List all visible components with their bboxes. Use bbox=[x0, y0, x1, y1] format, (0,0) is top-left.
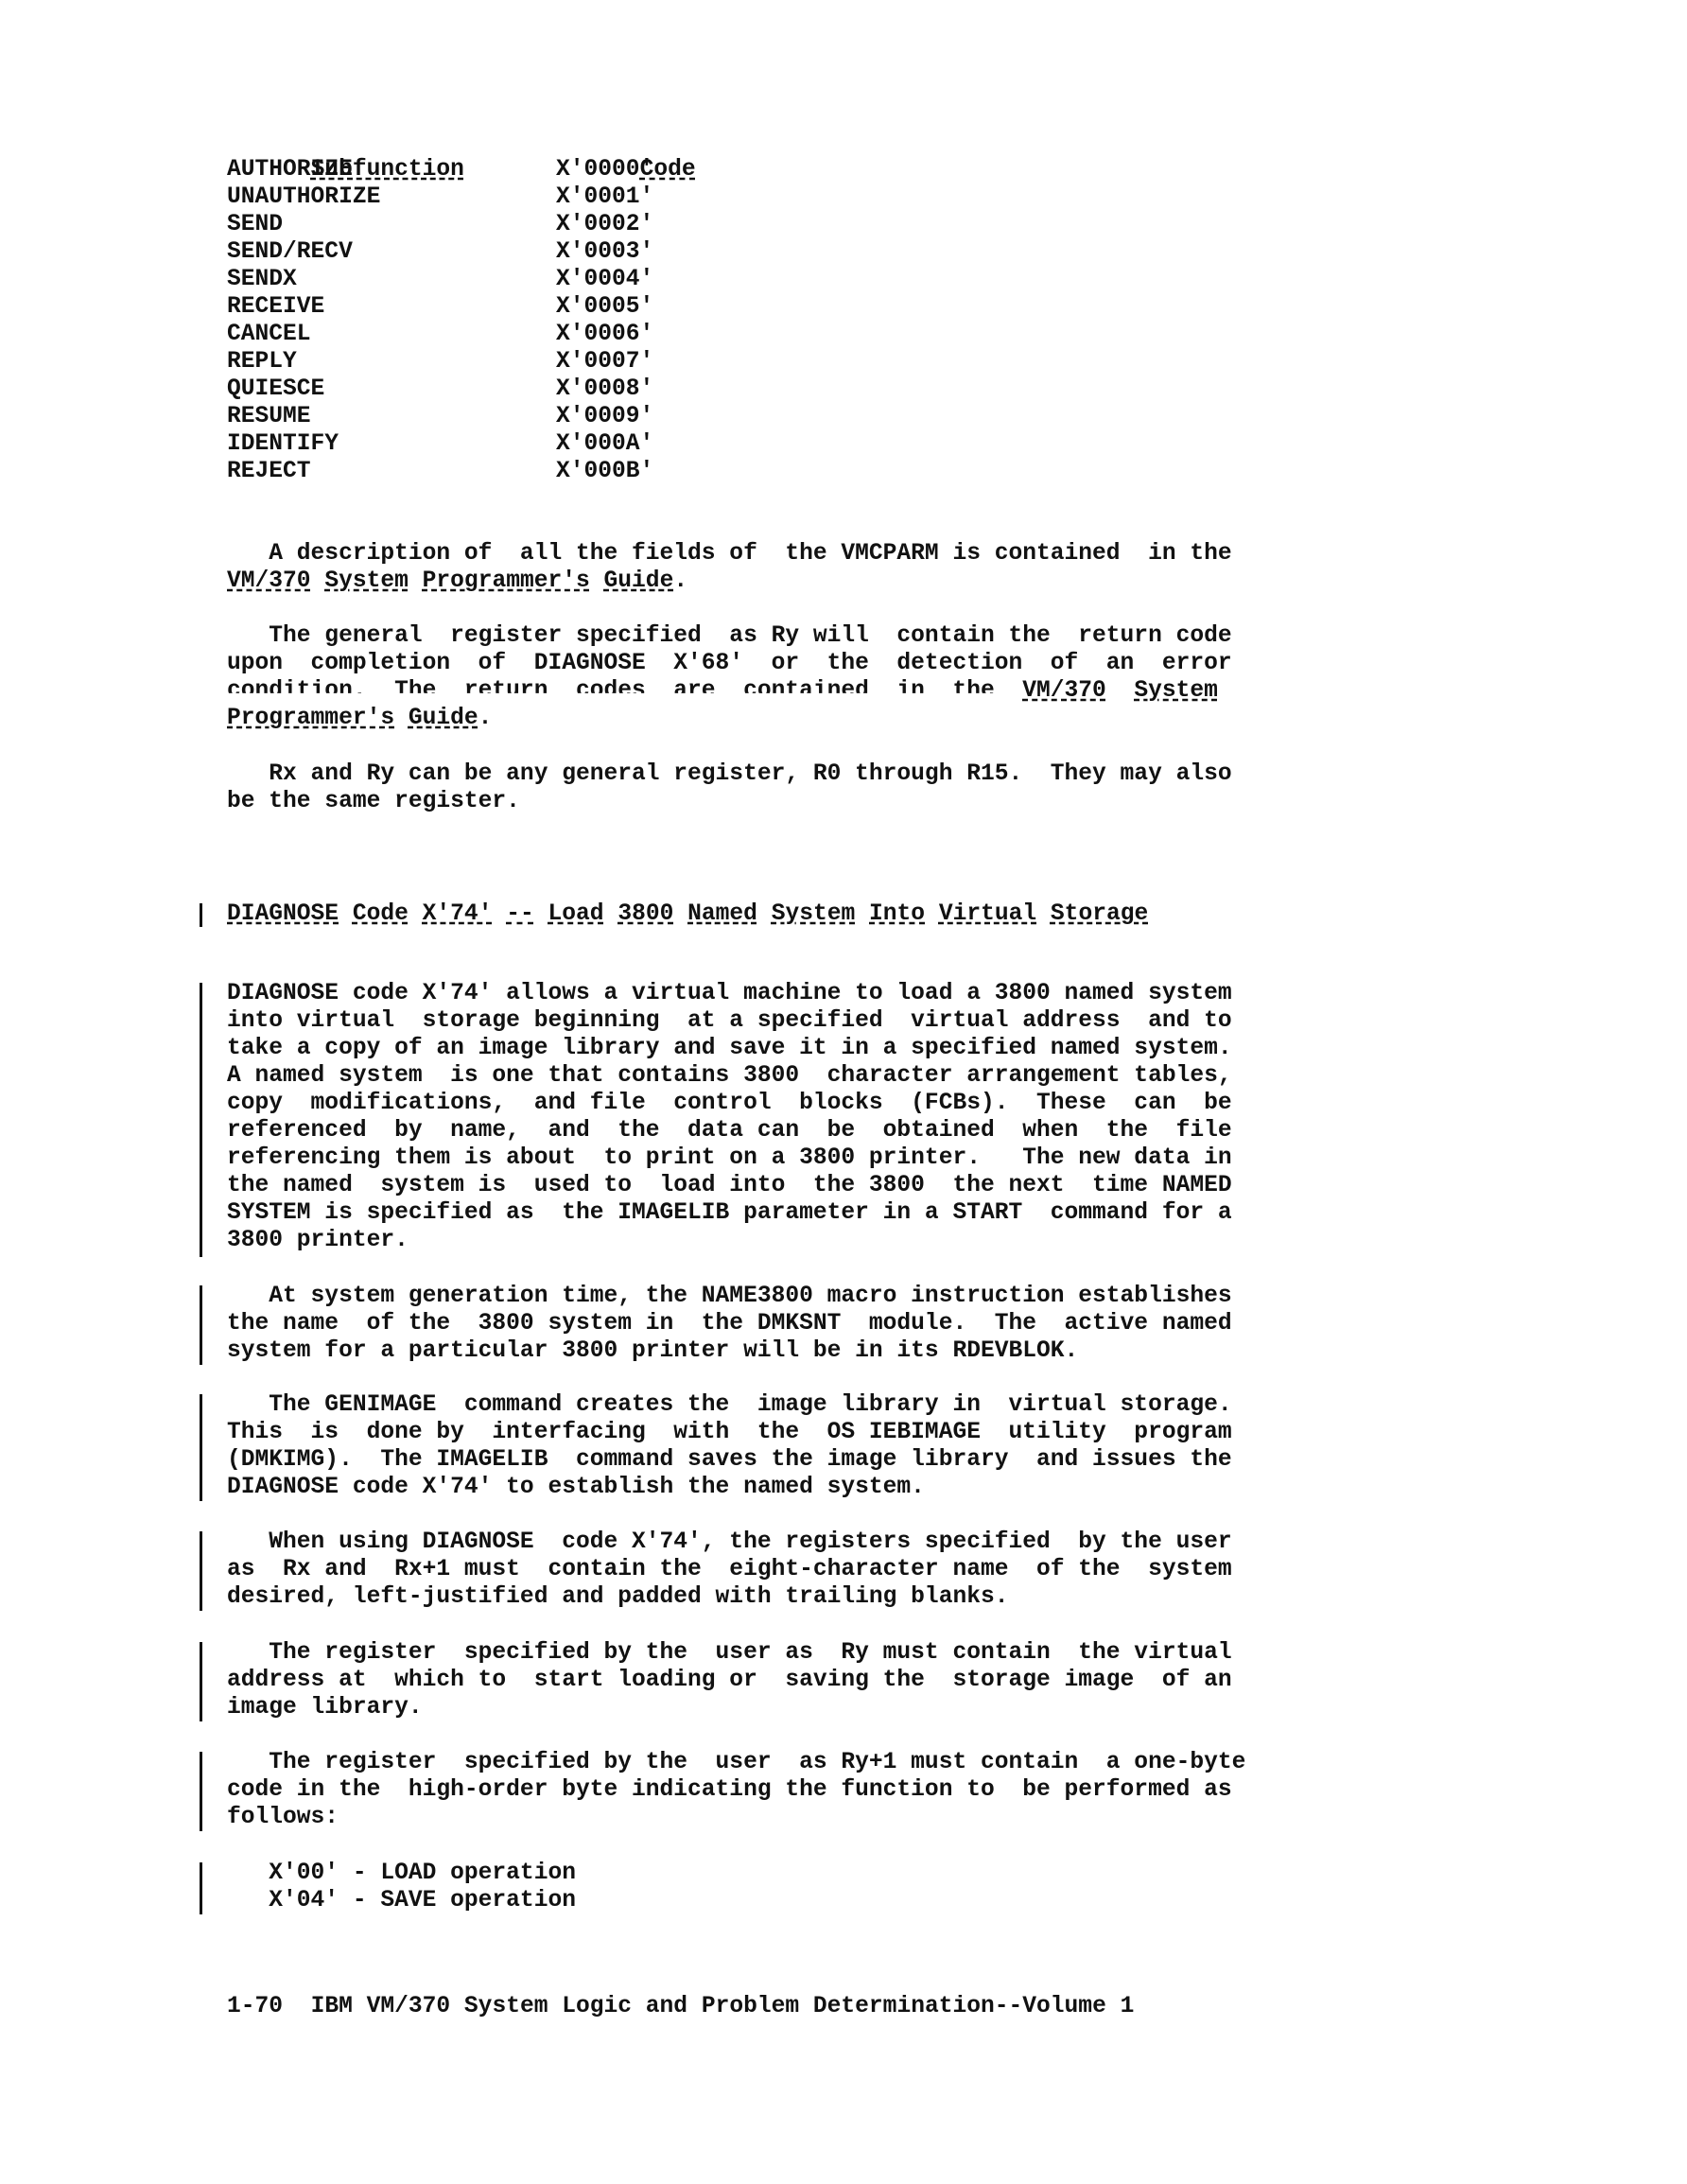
manual-reference: Guide bbox=[604, 568, 674, 594]
text-line: as Rx and Rx+1 must contain the eight-ch… bbox=[227, 1556, 1232, 1583]
text-line: be the same register. bbox=[227, 788, 520, 815]
text-line: The GENIMAGE command creates the image l… bbox=[227, 1391, 1232, 1419]
table-row: CANCELX'0006' bbox=[227, 321, 653, 348]
text-line: into virtual storage beginning at a spec… bbox=[227, 1007, 1232, 1035]
table-row: SEND/RECVX'0003' bbox=[227, 238, 653, 266]
text-line: take a copy of an image library and save… bbox=[227, 1035, 1232, 1062]
revision-bar bbox=[200, 1752, 202, 1831]
table-row: REJECTX'000B' bbox=[227, 458, 653, 485]
section-heading: DIAGNOSE Code X'74' -- Load 3800 Named S… bbox=[227, 900, 1148, 928]
document-page: SubfunctionCode AUTHORIZEX'0000' UNAUTHO… bbox=[0, 0, 1687, 2184]
cell-code: X'0005' bbox=[556, 293, 653, 321]
text-line: image library. bbox=[227, 1694, 423, 1721]
cell-subfunction: SENDX bbox=[227, 266, 556, 293]
cell-code: X'000B' bbox=[556, 458, 653, 485]
publication-title: IBM VM/370 System Logic and Problem Dete… bbox=[311, 1994, 1135, 2019]
cell-subfunction: UNAUTHORIZE bbox=[227, 183, 556, 211]
cell-subfunction: REJECT bbox=[227, 458, 556, 485]
table-row: AUTHORIZEX'0000' bbox=[227, 156, 653, 183]
text-line: condition. The return codes are containe… bbox=[227, 677, 1218, 705]
revision-bar bbox=[200, 1394, 202, 1501]
cell-code: X'0009' bbox=[556, 403, 653, 430]
cell-code: X'0008' bbox=[556, 376, 653, 403]
heading-word: 3800 bbox=[617, 901, 673, 927]
text-line: A named system is one that contains 3800… bbox=[227, 1062, 1232, 1090]
cell-subfunction: IDENTIFY bbox=[227, 430, 556, 458]
cell-subfunction: SEND bbox=[227, 211, 556, 238]
cell-subfunction: QUIESCE bbox=[227, 376, 556, 403]
heading-word: Storage bbox=[1051, 901, 1148, 927]
cell-subfunction: CANCEL bbox=[227, 321, 556, 348]
text-line: At system generation time, the NAME3800 … bbox=[227, 1283, 1232, 1310]
text-line: Programmer's Guide. bbox=[227, 705, 492, 732]
text-line: DIAGNOSE code X'74' to establish the nam… bbox=[227, 1474, 925, 1501]
heading-word: Virtual bbox=[939, 901, 1036, 927]
heading-word: Named bbox=[687, 901, 757, 927]
cell-code: X'0007' bbox=[556, 348, 653, 376]
text-line: code in the high-order byte indicating t… bbox=[227, 1776, 1232, 1804]
heading-word: Code bbox=[353, 901, 409, 927]
punctuation: . bbox=[673, 568, 687, 594]
text-line: follows: bbox=[227, 1804, 339, 1831]
revision-bar bbox=[200, 1862, 202, 1914]
text-line: desired, left-justified and padded with … bbox=[227, 1583, 1009, 1611]
text-line: the named system is used to load into th… bbox=[227, 1172, 1232, 1199]
text-line: When using DIAGNOSE code X'74', the regi… bbox=[227, 1529, 1232, 1556]
text-line: SYSTEM is specified as the IMAGELIB para… bbox=[227, 1199, 1232, 1227]
text-line: A description of all the fields of the V… bbox=[227, 540, 1232, 568]
revision-bar bbox=[200, 1642, 202, 1721]
heading-word: -- bbox=[506, 901, 534, 927]
revision-bar bbox=[200, 1285, 202, 1365]
manual-reference: VM/370 bbox=[1022, 678, 1106, 704]
text-line: the name of the 3800 system in the DMKSN… bbox=[227, 1310, 1232, 1337]
cell-code: X'0006' bbox=[556, 321, 653, 348]
text-line: system for a particular 3800 printer wil… bbox=[227, 1337, 1078, 1365]
manual-reference: System bbox=[324, 568, 409, 594]
text-line: upon completion of DIAGNOSE X'68' or the… bbox=[227, 650, 1232, 677]
table-row: QUIESCEX'0008' bbox=[227, 376, 653, 403]
text-line: referenced by name, and the data can be … bbox=[227, 1117, 1232, 1144]
manual-reference: Programmer's bbox=[227, 706, 394, 731]
cell-code: X'0000' bbox=[556, 156, 653, 183]
cell-subfunction: REPLY bbox=[227, 348, 556, 376]
cell-subfunction: RESUME bbox=[227, 403, 556, 430]
list-item: X'00' - LOAD operation bbox=[227, 1860, 576, 1887]
page-number: 1-70 bbox=[227, 1994, 283, 2019]
table-row: SENDX'0002' bbox=[227, 211, 653, 238]
manual-reference: Guide bbox=[409, 706, 478, 731]
text-line: The register specified by the user as Ry… bbox=[227, 1639, 1232, 1667]
text-partially-cut: condition. The return codes are containe… bbox=[227, 677, 1022, 705]
table-row: SENDXX'0004' bbox=[227, 266, 653, 293]
text-line: address at which to start loading or sav… bbox=[227, 1667, 1232, 1694]
cell-code: X'000A' bbox=[556, 430, 653, 458]
text-line: 3800 printer. bbox=[227, 1227, 409, 1254]
cell-code: X'0004' bbox=[556, 266, 653, 293]
manual-reference: VM/370 bbox=[227, 568, 311, 594]
revision-bar bbox=[200, 983, 202, 1257]
heading-word: System bbox=[772, 901, 856, 927]
text-line: copy modifications, and file control blo… bbox=[227, 1090, 1232, 1117]
text-line: DIAGNOSE code X'74' allows a virtual mac… bbox=[227, 980, 1232, 1007]
cell-code: X'0001' bbox=[556, 183, 653, 211]
heading-word: Into bbox=[869, 901, 925, 927]
cell-code: X'0003' bbox=[556, 238, 653, 266]
cell-subfunction: RECEIVE bbox=[227, 293, 556, 321]
text-line: Rx and Ry can be any general register, R… bbox=[227, 760, 1232, 788]
text-line: The general register specified as Ry wil… bbox=[227, 622, 1232, 650]
cell-subfunction: AUTHORIZE bbox=[227, 156, 556, 183]
text-line: This is done by interfacing with the OS … bbox=[227, 1419, 1232, 1446]
manual-reference: System bbox=[1134, 678, 1218, 704]
cell-code: X'0002' bbox=[556, 211, 653, 238]
heading-word: X'74' bbox=[423, 901, 493, 927]
table-row: UNAUTHORIZEX'0001' bbox=[227, 183, 653, 211]
text-line: VM/370 System Programmer's Guide. bbox=[227, 568, 687, 595]
table-row: RESUMEX'0009' bbox=[227, 403, 653, 430]
manual-reference: Programmer's bbox=[423, 568, 590, 594]
heading-word: Load bbox=[548, 901, 604, 927]
text-line: referencing them is about to print on a … bbox=[227, 1144, 1232, 1172]
list-item: X'04' - SAVE operation bbox=[227, 1887, 576, 1914]
revision-bar bbox=[200, 903, 202, 927]
page-footer: 1-70 IBM VM/370 System Logic and Problem… bbox=[227, 1993, 1134, 2020]
table-row: IDENTIFYX'000A' bbox=[227, 430, 653, 458]
text-line: The register specified by the user as Ry… bbox=[227, 1749, 1245, 1776]
heading-word: DIAGNOSE bbox=[227, 901, 339, 927]
cell-subfunction: SEND/RECV bbox=[227, 238, 556, 266]
table-row: REPLYX'0007' bbox=[227, 348, 653, 376]
text-line: (DMKIMG). The IMAGELIB command saves the… bbox=[227, 1446, 1232, 1474]
table-row: RECEIVEX'0005' bbox=[227, 293, 653, 321]
punctuation: . bbox=[478, 706, 493, 731]
revision-bar bbox=[200, 1531, 202, 1611]
